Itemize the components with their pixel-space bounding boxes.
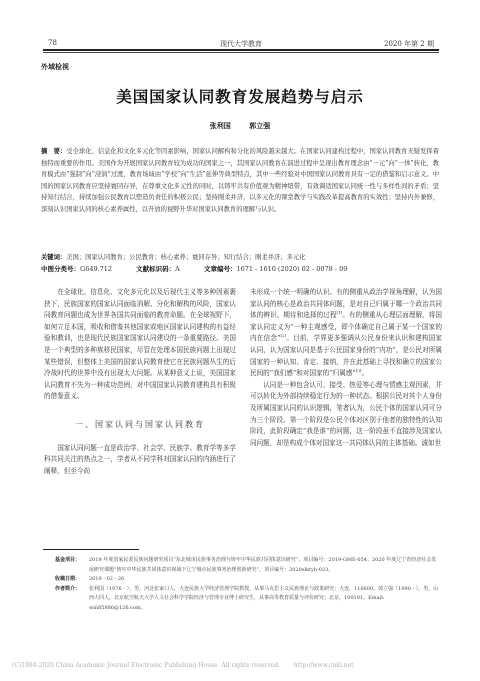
body-paragraph: 国家认同问题一直是政治学、社会学、民族学、教育学等多学科共同关注的热点之一，学者…	[44, 443, 236, 478]
author-list: 张利国 郭立强	[0, 121, 480, 131]
abstract-text: 受全球化、信息化和文化多元化等因素影响，国家认同解构和分化的风险越来越大。在国家…	[41, 148, 439, 213]
header-rule-thin	[43, 52, 439, 53]
copyright-text: (C)1994-2020 China Academic Journal Elec…	[12, 662, 280, 669]
column-label: 外域检视	[41, 62, 69, 72]
classification-meta: 中图分类号：G649.712 文献标识码：A 文章编号：1671 - 1610 …	[41, 264, 439, 275]
fund-note: 基金项目： 2019 年度国家民委民族问题研究项目“东北城市民族事务治理与铸牢中…	[55, 556, 440, 575]
clc-number: 中图分类号：G649.712	[41, 265, 112, 273]
keywords: 关键词：美国；国家认同教育；公民教育；核心素养；寰同存异；知行结合；刚柔并济；多…	[41, 252, 439, 263]
author-bio-note: 作者简介： 张利国（1976 - ），男，河北张家口人，大连民族大学经济管理学院…	[55, 585, 440, 614]
author-name: 张利国	[210, 122, 231, 130]
article-title: 美国国家认同教育发展趋势与启示	[0, 85, 480, 107]
author-name: 郭立强	[249, 122, 270, 130]
abstract-label: 摘 要：	[41, 148, 66, 155]
body-paragraph: 在全球化、信息化、文化多元化以及后现代主义等多种因素裹挟下，民族国家的国家认同面…	[44, 287, 236, 403]
body-paragraph: 未形成一个统一明确的认识。有的侧重从政治学视角理解，认为国家认同的核心是政治共同…	[250, 287, 442, 380]
section-heading: 一、国家认同与国家认同教育	[44, 419, 236, 431]
keywords-label: 关键词：	[41, 254, 66, 261]
copyright-footer: (C)1994-2020 China Academic Journal Elec…	[12, 662, 354, 669]
footnote-rule	[43, 549, 139, 550]
issue-label: 2020 年第 2 期	[384, 39, 434, 49]
received-date-note: 收稿日期： 2019 - 02 - 26	[55, 575, 440, 585]
body-column-left: 在全球化、信息化、文化多元化以及后现代主义等多种因素裹挟下，民族国家的国家认同面…	[44, 287, 236, 477]
header-rule	[43, 49, 439, 51]
footnotes: 基金项目： 2019 年度国家民委民族问题研究项目“东北城市民族事务治理与铸牢中…	[55, 556, 440, 613]
keywords-text: 美国；国家认同教育；公民教育；核心素养；寰同存异；知行结合；刚柔并济；多元化	[66, 254, 305, 261]
article-number: 文章编号：1671 - 1610 (2020) 02 - 0078 - 09	[204, 265, 347, 273]
document-code: 文献标识码：A	[136, 265, 180, 273]
abstract: 摘 要：受全球化、信息化和文化多元化等因素影响，国家认同解构和分化的风险越来越大…	[41, 146, 439, 215]
journal-name: 现代大学教育	[43, 39, 439, 49]
body-paragraph: 认同是一种包含认可、接受、热爱等心理与情感主观因素，并可以转化为外部持续稳定行为…	[250, 380, 442, 450]
body-column-right: 未形成一个统一明确的认识。有的侧重从政治学视角理解，认为国家认同的核心是政治共同…	[250, 287, 442, 449]
copyright-link[interactable]: http://www.cnki.net	[294, 662, 354, 669]
